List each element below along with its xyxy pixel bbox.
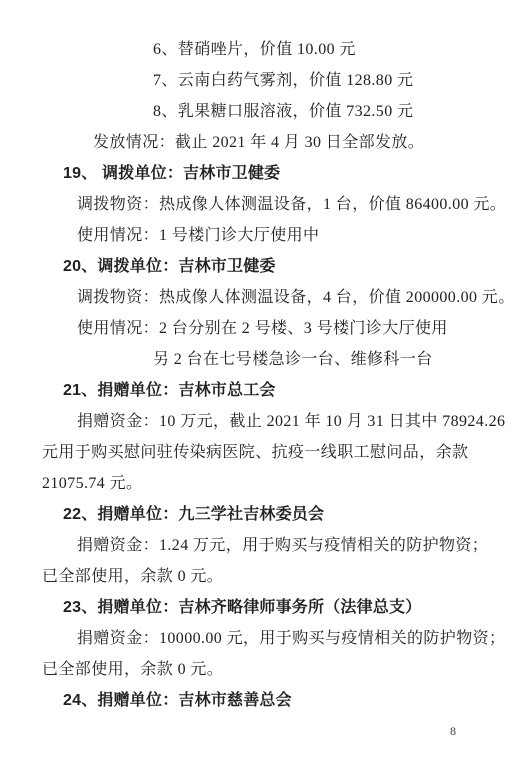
entry-21-funds-line-3: 21075.74 元。 bbox=[42, 468, 501, 499]
page-number: 8 bbox=[450, 724, 456, 738]
entry-20-usage-line: 使用情况：2 台分别在 2 号楼、3 号楼门诊大厅使用 bbox=[77, 313, 501, 344]
entry-23-funds-line-1: 捐赠资金：10000.00 元，用于购买与疫情相关的防护物资； bbox=[77, 623, 501, 654]
entry-19-materials-line: 调拨物资：热成像人体测温设备，1 台，价值 86400.00 元。 bbox=[77, 189, 501, 220]
entry-21-heading: 21、捐赠单位：吉林市总工会 bbox=[63, 375, 501, 406]
entry-23-funds-line-2: 已全部使用，余款 0 元。 bbox=[42, 654, 501, 685]
entry-23-heading: 23、捐赠单位：吉林齐略律师事务所（法律总支） bbox=[63, 592, 501, 623]
entry-22-funds-line-1: 捐赠资金：1.24 万元，用于购买与疫情相关的防护物资； bbox=[77, 530, 501, 561]
entry-21-funds-line-1: 捐赠资金：10 万元，截止 2021 年 10 月 31 日其中 78924.2… bbox=[77, 406, 501, 437]
entry-20-materials-line: 调拨物资：热成像人体测温设备，4 台，价值 200000.00 元。 bbox=[77, 282, 501, 313]
entry-24-heading: 24、捐赠单位：吉林市慈善总会 bbox=[63, 685, 501, 716]
entry-21-funds-line-2: 元用于购买慰问驻传染病医院、抗疫一线职工慰问品，余款 bbox=[42, 437, 501, 468]
donated-item-8: 8、乳果糖口服溶液，价值 732.50 元 bbox=[153, 96, 501, 127]
entry-20-heading: 20、调拨单位：吉林市卫健委 bbox=[63, 251, 501, 282]
entry-22-funds-line-2: 已全部使用，余款 0 元。 bbox=[42, 561, 501, 592]
distribution-status-line: 发放情况：截止 2021 年 4 月 30 日全部发放。 bbox=[93, 127, 501, 158]
document-page: 6、替硝唑片，价值 10.00 元 7、云南白药气雾剂，价值 128.80 元 … bbox=[0, 0, 529, 757]
donated-item-7: 7、云南白药气雾剂，价值 128.80 元 bbox=[153, 65, 501, 96]
entry-19-usage-line: 使用情况：1 号楼门诊大厅使用中 bbox=[77, 220, 501, 251]
entry-19-heading: 19、 调拨单位：吉林市卫健委 bbox=[63, 158, 501, 189]
entry-22-heading: 22、捐赠单位：九三学社吉林委员会 bbox=[63, 499, 501, 530]
donated-item-6: 6、替硝唑片，价值 10.00 元 bbox=[153, 34, 501, 65]
entry-20-usage-line-2: 另 2 台在七号楼急诊一台、维修科一台 bbox=[153, 344, 501, 375]
document-content: 6、替硝唑片，价值 10.00 元 7、云南白药气雾剂，价值 128.80 元 … bbox=[42, 34, 501, 716]
